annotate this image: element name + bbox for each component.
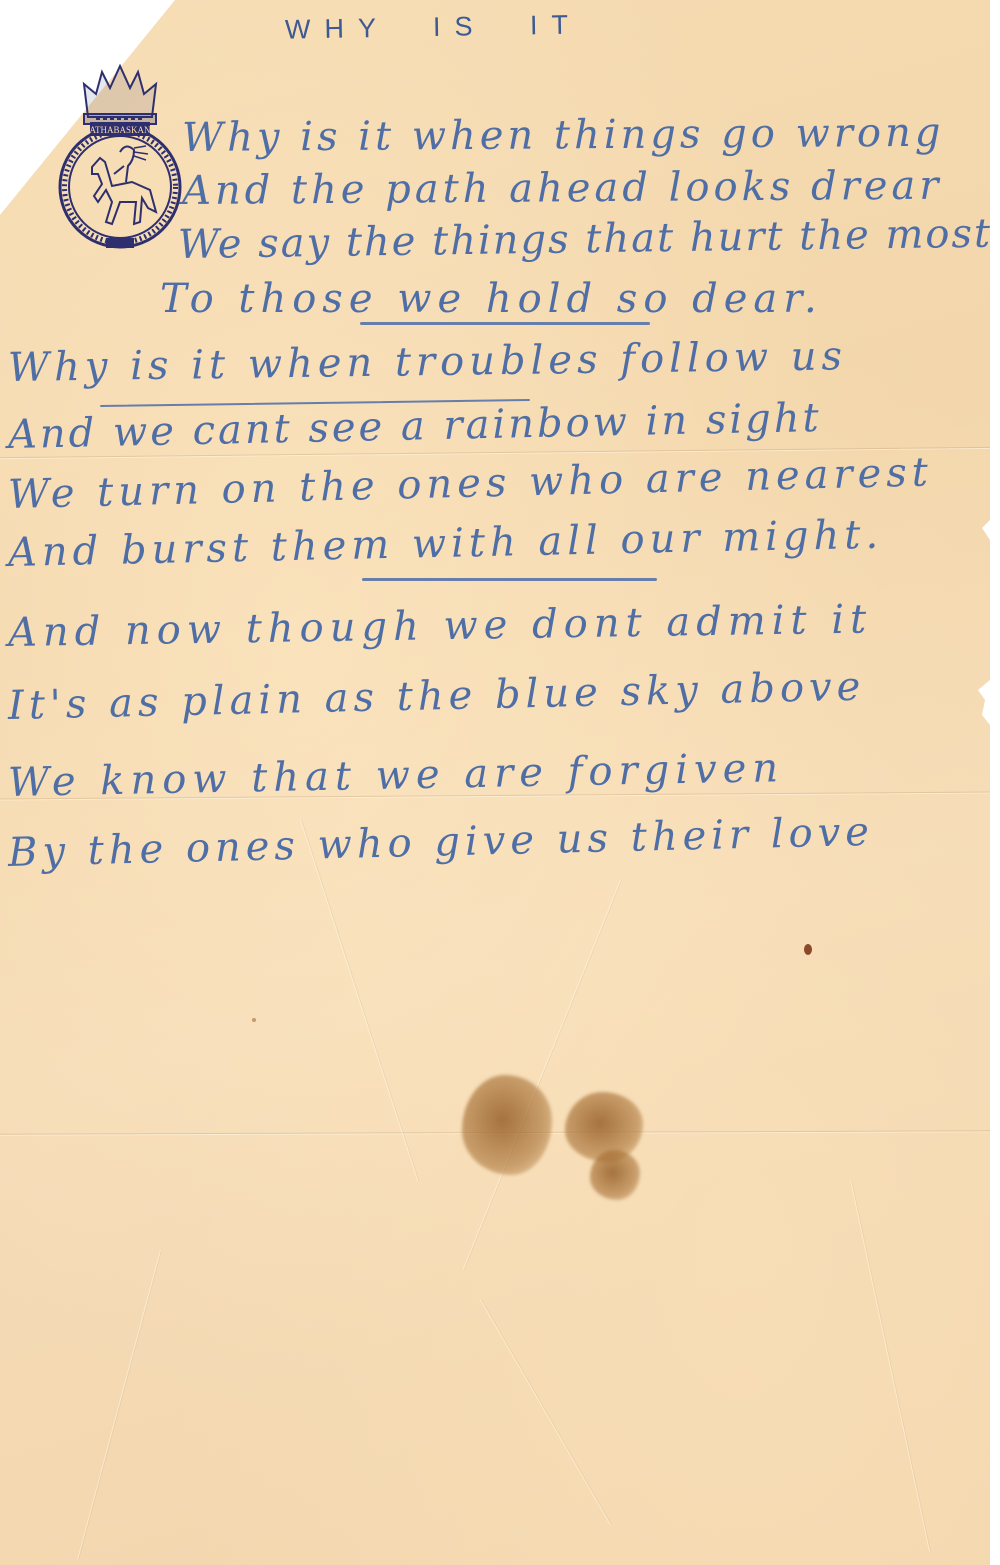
underline-them (362, 578, 657, 581)
poem-title: WHY IS IT (285, 9, 583, 45)
athabaskan-crest-icon: ATHABASKAN (50, 62, 190, 262)
ink-spot (804, 944, 812, 955)
ship-crest: ATHABASKAN (50, 62, 190, 262)
poem-line: And the path ahead looks drear (182, 163, 943, 214)
coffee-stain-right-lower (590, 1150, 640, 1200)
crest-ship-name: ATHABASKAN (89, 125, 151, 135)
paper-speck (252, 1018, 256, 1022)
poem-line: To those we hold so dear. (160, 276, 823, 322)
coffee-stain-left (462, 1075, 552, 1175)
poem-line: Why is it when things go wrong (182, 110, 945, 161)
underline-hold-so (360, 322, 650, 325)
